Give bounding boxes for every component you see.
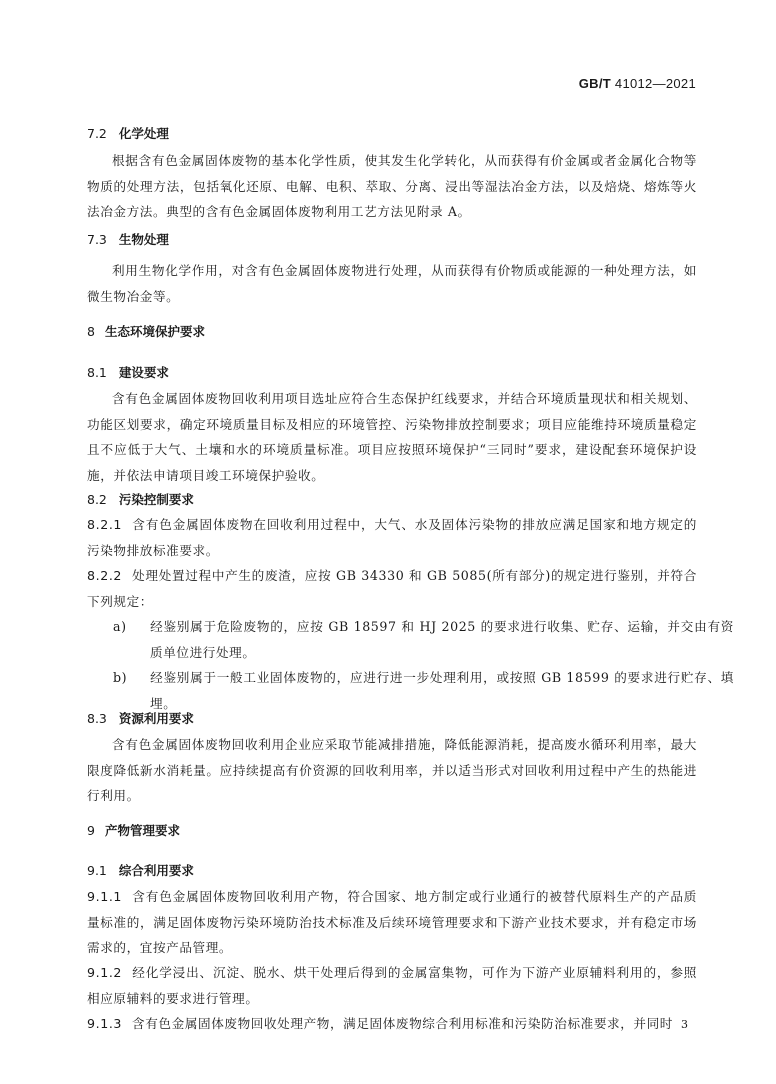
paragraph-8-3: 含有色金属固体废物回收利用企业应采取节能减排措施，降低能源消耗，提高废水循环利用… [87,732,697,809]
clause-text: 含有色金属固体废物回收利用产物，符合国家、地方制定或行业通行的被替代原料生产的产… [87,889,697,955]
heading-num: 7.3 [87,232,107,247]
clause-text: 处理处置过程中产生的废渣，应按 GB 34330 和 GB 5085(所有部分)… [87,568,697,609]
heading-num: 9 [87,823,95,838]
clause-text: 含有色金属固体废物在回收利用过程中，大气、水及固体污染物的排放应满足国家和地方规… [87,517,697,558]
clause-num: 8.2.2 [87,568,122,583]
paragraph-7-2: 根据含有色金属固体废物的基本化学性质，使其发生化学转化，从而获得有价金属或者金属… [87,148,697,225]
heading-num: 8.3 [87,711,107,726]
heading-num: 8.1 [87,365,107,380]
clause-num: 8.2.1 [87,517,122,532]
list-marker: b) [113,665,150,691]
list-text: 经鉴别属于危险废物的，应按 GB 18597 和 HJ 2025 的要求进行收集… [150,619,734,660]
clause-9-1-3: 9.1.3含有色金属固体废物回收处理产物，满足固体废物综合利用标准和污染防治标准… [87,1011,697,1037]
list-marker: a) [113,614,150,640]
heading-9-1: 9.1综合利用要求 [87,861,194,879]
clause-num: 9.1.3 [87,1016,122,1031]
heading-7-2: 7.2化学处理 [87,124,169,142]
clause-8-2-2: 8.2.2处理处置过程中产生的废渣，应按 GB 34330 和 GB 5085(… [87,563,697,614]
clause-8-2-1: 8.2.1含有色金属固体废物在回收利用过程中，大气、水及固体污染物的排放应满足国… [87,512,697,563]
list-item-a: a)经鉴别属于危险废物的，应按 GB 18597 和 HJ 2025 的要求进行… [113,614,734,665]
heading-num: 8 [87,324,95,339]
list-text: 经鉴别属于一般工业固体废物的，应进行进一步处理利用，或按照 GB 18599 的… [150,670,734,711]
heading-title: 综合利用要求 [119,863,194,878]
std-prefix: GB/T [579,76,611,91]
heading-title: 生物处理 [119,232,169,247]
page-number: 3 [681,1018,688,1031]
clause-num: 9.1.2 [87,965,122,980]
heading-title: 产物管理要求 [105,823,180,838]
heading-num: 8.2 [87,492,107,507]
heading-title: 生态环境保护要求 [105,324,205,339]
heading-title: 建设要求 [119,365,169,380]
heading-title: 化学处理 [119,126,169,141]
list-item-b: b)经鉴别属于一般工业固体废物的，应进行进一步处理利用，或按照 GB 18599… [113,665,734,716]
std-number: 41012—2021 [615,76,696,91]
paragraph-7-3: 利用生物化学作用，对含有色金属固体废物进行处理，从而获得有价物质或能源的一种处理… [87,258,697,309]
clause-text: 经化学浸出、沉淀、脱水、烘干处理后得到的金属富集物，可作为下游产业原辅料利用的，… [87,965,697,1006]
heading-8-2: 8.2污染控制要求 [87,490,194,508]
heading-8-3: 8.3资源利用要求 [87,709,194,727]
heading-title: 污染控制要求 [119,492,194,507]
heading-9: 9产物管理要求 [87,821,180,839]
heading-7-3: 7.3生物处理 [87,230,169,248]
heading-8-1: 8.1建设要求 [87,363,169,381]
heading-num: 9.1 [87,863,107,878]
clause-text: 含有色金属固体废物回收处理产物，满足固体废物综合利用标准和污染防治标准要求，并同… [132,1016,673,1031]
clause-9-1-1: 9.1.1含有色金属固体废物回收利用产物，符合国家、地方制定或行业通行的被替代原… [87,884,697,961]
heading-num: 7.2 [87,126,107,141]
heading-8: 8生态环境保护要求 [87,322,205,340]
standard-code: GB/T 41012—2021 [579,76,696,91]
clause-num: 9.1.1 [87,889,122,904]
paragraph-8-1: 含有色金属固体废物回收利用项目选址应符合生态保护红线要求，并结合环境质量现状和相… [87,386,697,488]
clause-9-1-2: 9.1.2经化学浸出、沉淀、脱水、烘干处理后得到的金属富集物，可作为下游产业原辅… [87,960,697,1011]
heading-title: 资源利用要求 [119,711,194,726]
